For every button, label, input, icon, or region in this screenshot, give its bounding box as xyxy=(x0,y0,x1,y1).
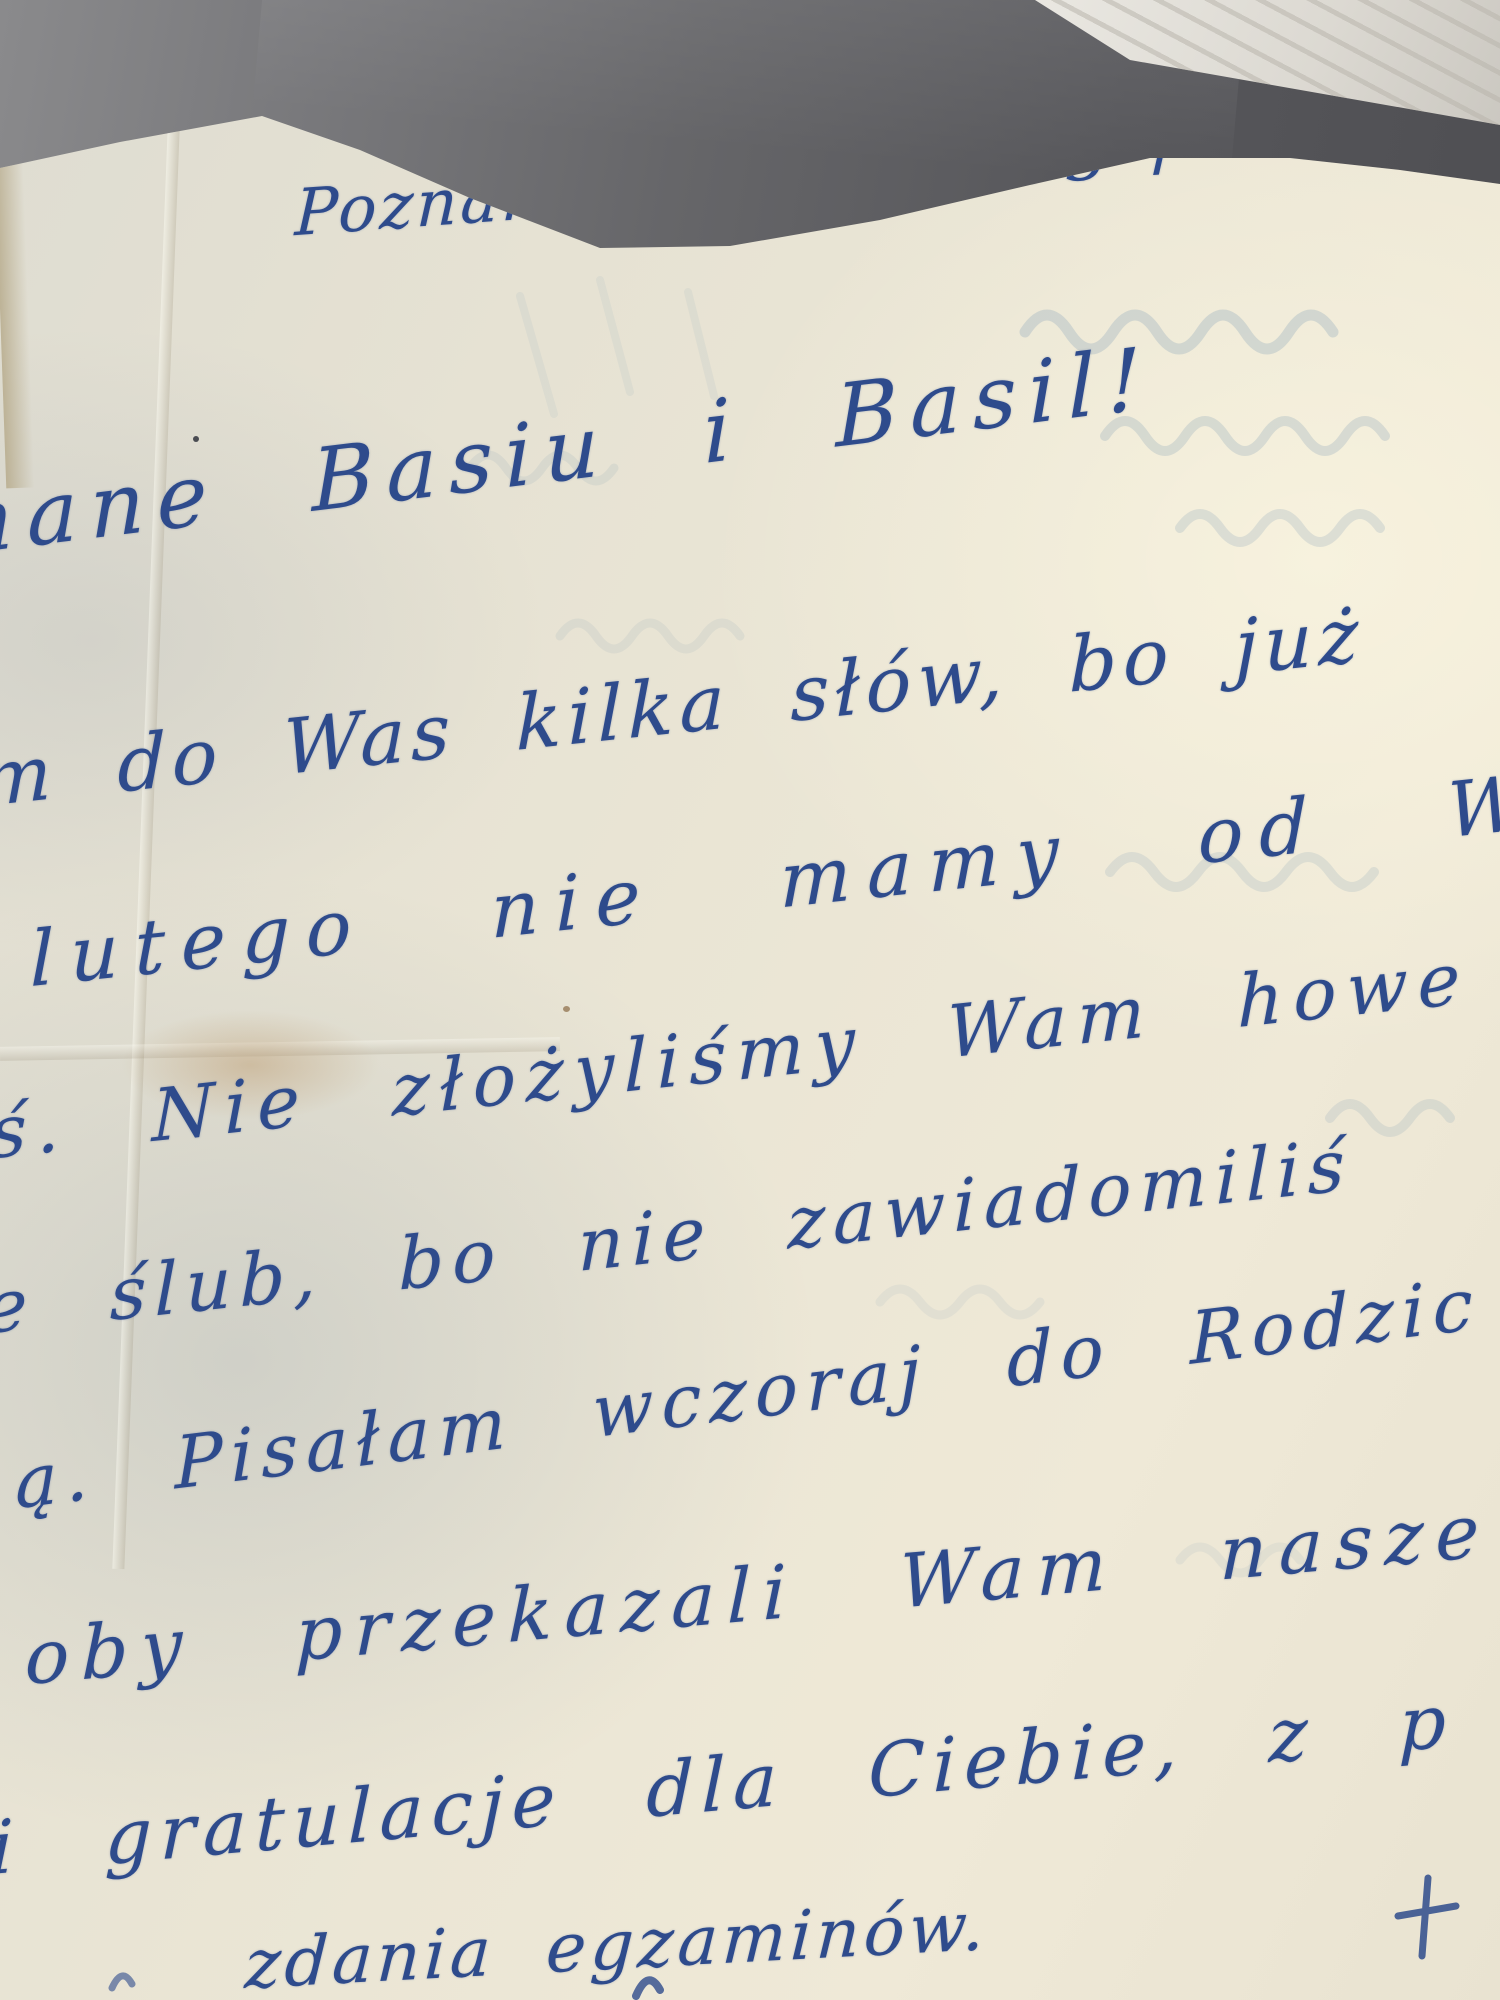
vertical-crease xyxy=(112,120,180,1569)
body-line-8: zdania egzaminów. xyxy=(243,1893,990,2000)
ink-speck xyxy=(193,436,199,442)
body-line-1: m do Was kilka słów, bo już xyxy=(0,596,1364,818)
body-line-6: oby przekazali Wam nasze xyxy=(24,1494,1491,1697)
paper-speck xyxy=(563,1006,570,1012)
letter-paper: Poznań, d. 25.10.1973 r hane Basiu i Bas… xyxy=(0,0,1500,2000)
paper-folded-edge xyxy=(0,128,34,489)
photo-of-handwritten-letter: Poznań, d. 25.10.1973 r hane Basiu i Bas… xyxy=(0,0,1500,2000)
body-line-7: i gratulacje dla Ciebie, z p xyxy=(0,1684,1455,1886)
salutation-line: hane Basiu i Basil! xyxy=(0,335,1154,568)
